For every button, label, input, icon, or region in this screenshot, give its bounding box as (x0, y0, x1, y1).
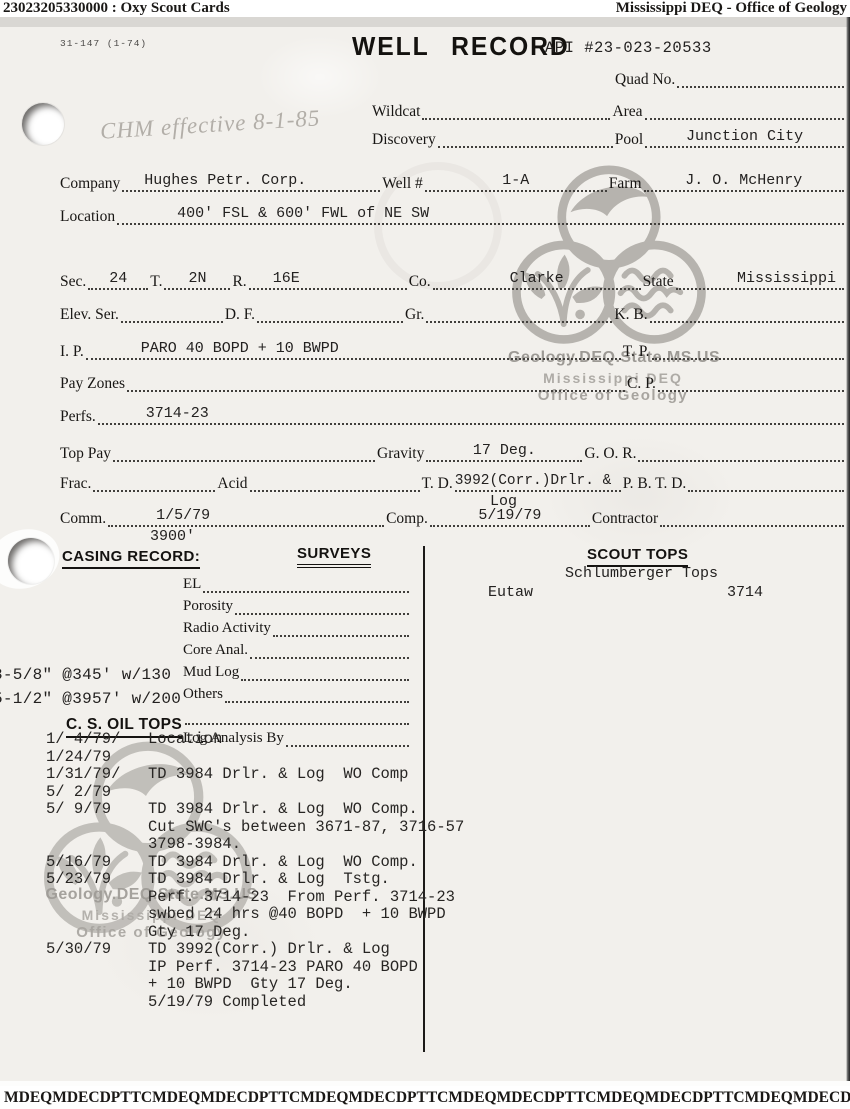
pool-value: Junction City (686, 129, 803, 146)
survey-item: EL (183, 571, 411, 593)
pool-field: Junction City (645, 129, 844, 148)
surveys-heading: SURVEYS (297, 545, 371, 568)
api-number: API #23-023-20533 (545, 39, 712, 57)
survey-field (235, 596, 409, 615)
oil-tops-entry: 1/24/79 (46, 749, 466, 767)
entry-text: TD 3992(Corr.) Drlr. & Log (148, 941, 390, 959)
quad-no-field (677, 69, 844, 88)
oil-tops-entry: 5/19/79 Completed (46, 994, 466, 1012)
oil-tops-entry: Perf. 3714-23 From Perf. 3714-23 (46, 889, 466, 907)
survey-label: Others (183, 686, 223, 703)
survey-item (183, 703, 411, 725)
entry-date (46, 976, 148, 994)
entry-date (46, 924, 148, 942)
scout-top-row: Eutaw 3714 (488, 584, 775, 603)
state-field: Mississippi (676, 271, 844, 290)
entry-date (46, 994, 148, 1012)
survey-item: Core Anal. (183, 637, 411, 659)
farm-field: J. O. McHenry (644, 173, 844, 192)
survey-label: Core Anal. (183, 642, 248, 659)
survey-field (273, 618, 409, 637)
county-label: Co. (409, 273, 431, 290)
entry-date: 1/24/79 (46, 749, 148, 767)
casing-record-heading: CASING RECORD: (62, 548, 200, 569)
entry-date (46, 906, 148, 924)
entry-date: 5/30/79 (46, 941, 148, 959)
wildcat-area-row: Wildcat Area (372, 98, 846, 120)
entry-text: TD 3984 Drlr. & Log Tstg. (148, 871, 390, 889)
well-number-field: 1-A (425, 173, 607, 192)
oil-tops-entry: Cut SWC's between 3671-87, 3716-57 (46, 819, 466, 837)
oil-tops-entry: IP Perf. 3714-23 PARO 40 BOPD (46, 959, 466, 977)
oil-tops-entry: 5/ 9/79 TD 3984 Drlr. & Log WO Comp. (46, 801, 466, 819)
comp-value: 5/19/79 (478, 508, 541, 525)
township-field: 2N (164, 271, 230, 290)
gor-label: G. O. R. (584, 445, 636, 462)
survey-field (185, 706, 409, 725)
survey-item: Radio Activity (183, 615, 411, 637)
punch-hole-top (22, 103, 64, 145)
survey-label: Mud Log (183, 664, 239, 681)
comm-label: Comm. (60, 510, 106, 527)
footer-org-code: MDEQ (448, 1089, 496, 1107)
tp-field (652, 341, 844, 360)
entry-text: Location (148, 731, 222, 749)
comm-depth-value: 3900' (150, 528, 195, 545)
oil-tops-entry: + 10 BWPD Gty 17 Deg. (46, 976, 466, 994)
entry-text: + 10 BWPD Gty 17 Deg. (148, 976, 353, 994)
gor-field (638, 443, 844, 462)
gravity-value: 17 Deg. (473, 443, 536, 460)
oil-tops-entry: swbed 24 hrs @40 BOPD + 10 BWPD (46, 906, 466, 924)
footer-org-code: MDECD (497, 1089, 556, 1107)
footer-org-code: PTTC (111, 1089, 152, 1107)
pay-zones-field (127, 373, 625, 392)
location-row: Location 400' FSL & 600' FWL of NE SW (60, 203, 846, 225)
footer-org-code: MDEQ (300, 1089, 348, 1107)
print-footer: MDEQMDECDPTTCMDEQMDECDPTTCMDEQMDECDPTTCM… (0, 1086, 850, 1109)
oil-tops-entry: 5/ 2/79 (46, 784, 466, 802)
entry-text: TD 3984 Drlr. & Log WO Comp (148, 766, 408, 784)
casing-line: 8-5/8" @345' w/130 (0, 663, 181, 687)
range-value: 16E (249, 271, 300, 288)
entry-date: 5/ 9/79 (46, 801, 148, 819)
oil-tops-log: 1/ 4/79/ Location 1/24/79 1/31/79/ TD 39… (46, 731, 466, 1011)
entry-date: 5/ 2/79 (46, 784, 148, 802)
discovery-pool-row: Discovery Pool Junction City (372, 126, 846, 148)
scout-tops-heading: SCOUT TOPS (587, 546, 688, 567)
company-label: Company (60, 175, 120, 192)
top-pay-row: Top Pay Gravity 17 Deg. G. O. R. (60, 440, 846, 462)
casing-record-lines: 8-5/8" @345' w/1305-1/2" @3957' w/200 (0, 591, 181, 711)
perfs-label: Perfs. (60, 408, 96, 425)
survey-item: Porosity (183, 593, 411, 615)
tp-label: T. P. (623, 343, 650, 360)
entry-date (46, 836, 148, 854)
formation-name: Eutaw (488, 584, 533, 603)
pay-zones-label: Pay Zones (60, 375, 125, 392)
location-label: Location (60, 208, 115, 225)
oil-tops-entry: 5/16/79 TD 3984 Drlr. & Log WO Comp. (46, 854, 466, 872)
scout-tops-table: Eutaw 3714 (488, 584, 775, 603)
ip-label: I. P. (60, 343, 84, 360)
survey-label: Radio Activity (183, 620, 271, 637)
sec-label: Sec. (60, 273, 86, 290)
company-value: Hughes Petr. Corp. (122, 173, 306, 190)
survey-label: Porosity (183, 598, 233, 615)
ip-row: I. P. PARO 40 BOPD + 10 BWPD T. P. (60, 338, 846, 360)
top-pay-field (113, 443, 375, 462)
comp-label: Comp. (386, 510, 428, 527)
entry-text: TD 3984 Drlr. & Log WO Comp. (148, 801, 418, 819)
entry-text: Gty 17 Deg. (148, 924, 250, 942)
survey-field (203, 574, 409, 593)
frac-td-row: Frac. Acid T. D. 3992(Corr.)Drlr. & P. B… (60, 470, 846, 492)
entry-date: 5/16/79 (46, 854, 148, 872)
gravity-field: 17 Deg. (426, 443, 582, 462)
print-header: 23023205330000 : Oxy Scout Cards Mississ… (0, 0, 850, 17)
sec-value: 24 (109, 271, 127, 288)
pbtd-label: P. B. T. D. (623, 475, 687, 492)
footer-org-code: MDECD (645, 1089, 704, 1107)
oil-tops-entry: Gty 17 Deg. (46, 924, 466, 942)
survey-field (225, 684, 409, 703)
scout-tops-subtitle: Schlumberger Tops (565, 565, 718, 582)
well-number-label: Well # (382, 175, 423, 192)
survey-item: Others (183, 681, 411, 703)
location-field: 400' FSL & 600' FWL of NE SW (117, 206, 844, 225)
contractor-field (660, 508, 844, 527)
location-value: 400' FSL & 600' FWL of NE SW (117, 206, 429, 223)
footer-org-code: MDECD (200, 1089, 259, 1107)
formation-depth: 3714 (727, 584, 775, 603)
contractor-label: Contractor (592, 510, 658, 527)
footer-org-code: MDEQ (745, 1089, 793, 1107)
gr-field (426, 304, 612, 323)
section-township-row: Sec. 24 T. 2N R. 16E Co. Clarke State Mi… (60, 268, 846, 290)
entry-date (46, 819, 148, 837)
discovery-label: Discovery (372, 131, 436, 148)
df-label: D. F. (225, 306, 255, 323)
frac-label: Frac. (60, 475, 91, 492)
gr-label: Gr. (405, 306, 424, 323)
company-field: Hughes Petr. Corp. (122, 173, 380, 192)
footer-org-code: PTTC (703, 1089, 744, 1107)
scan-right-edge (846, 17, 850, 1086)
footer-org-code: PTTC (555, 1089, 596, 1107)
entry-text: Cut SWC's between 3671-87, 3716-57 (148, 819, 464, 837)
perfs-value: 3714-23 (98, 406, 209, 423)
frac-field (93, 473, 215, 492)
perfs-row: Perfs. 3714-23 (60, 403, 846, 425)
cp-field (658, 373, 844, 392)
oil-tops-entry: 5/23/79 TD 3984 Drlr. & Log Tstg. (46, 871, 466, 889)
footer-org-code: MDECD (52, 1089, 111, 1107)
comm-value: 1/5/79 (108, 508, 210, 525)
footer-org-code: MDEQ (4, 1089, 52, 1107)
footer-org-code: PTTC (407, 1089, 448, 1107)
surveys-list: EL Porosity Radio Activity Core Anal. Mu… (183, 571, 411, 747)
kb-field (650, 304, 844, 323)
company-row: Company Hughes Petr. Corp. Well # 1-A Fa… (60, 170, 846, 192)
punch-hole-middle (8, 538, 54, 584)
footer-org-code: MDECD (793, 1089, 850, 1107)
footer-org-code: MDEQ (152, 1089, 200, 1107)
entry-date: 5/23/79 (46, 871, 148, 889)
survey-item: Mud Log (183, 659, 411, 681)
entry-date (46, 959, 148, 977)
wildcat-field (422, 101, 610, 120)
township-label: T. (150, 273, 162, 290)
oil-tops-entry: 1/ 4/79/ Location (46, 731, 466, 749)
kb-label: K. B. (614, 306, 647, 323)
footer-org-code: PTTC (259, 1089, 300, 1107)
wildcat-label: Wildcat (372, 103, 420, 120)
elevation-row: Elev. Ser. D. F. Gr. K. B. (60, 301, 846, 323)
acid-label: Acid (217, 475, 247, 492)
well-number-value: 1-A (502, 173, 529, 190)
sec-field: 24 (88, 271, 148, 290)
comm-comp-row: Comm. 1/5/79 Comp. 5/19/79 Contractor (60, 505, 846, 527)
entry-text: TD 3984 Drlr. & Log WO Comp. (148, 854, 418, 872)
ip-value: PARO 40 BOPD + 10 BWPD (86, 341, 339, 358)
quad-no-row: Quad No. (615, 66, 846, 88)
elev-ser-field (121, 304, 223, 323)
pool-label: Pool (615, 131, 643, 148)
area-field (645, 101, 844, 120)
top-pay-label: Top Pay (60, 445, 111, 462)
entry-date: 1/ 4/79/ (46, 731, 148, 749)
footer-org-code: MDECD (348, 1089, 407, 1107)
township-value: 2N (188, 271, 206, 288)
ip-field: PARO 40 BOPD + 10 BWPD (86, 341, 621, 360)
quad-no-label: Quad No. (615, 71, 675, 88)
comm-field: 1/5/79 (108, 508, 384, 527)
document-id: 23023205330000 : Oxy Scout Cards (3, 0, 230, 16)
survey-label: EL (183, 576, 201, 593)
pbtd-field (688, 473, 844, 492)
entry-text: 3798-3984. (148, 836, 241, 854)
survey-field (250, 640, 409, 659)
agency-title: Mississippi DEQ - Office of Geology (616, 0, 847, 16)
casing-line: 5-1/2" @3957' w/200 (0, 687, 181, 711)
area-label: Area (612, 103, 642, 120)
td-value-line1: 3992(Corr.)Drlr. & (455, 473, 612, 490)
entry-text: Perf. 3714-23 From Perf. 3714-23 (148, 889, 455, 907)
df-field (257, 304, 403, 323)
footer-org-code: MDEQ (597, 1089, 645, 1107)
range-field: 16E (249, 271, 407, 290)
farm-value: J. O. McHenry (685, 173, 802, 190)
discovery-field (438, 129, 613, 148)
range-label: R. (232, 273, 246, 290)
well-record-scan-page: 23023205330000 : Oxy Scout Cards Mississ… (0, 0, 850, 1109)
form-number: 31-147 (1-74) (60, 38, 147, 49)
entry-date (46, 889, 148, 907)
state-value: Mississippi (737, 271, 844, 288)
acid-field (250, 473, 420, 492)
perfs-field: 3714-23 (98, 406, 844, 425)
scan-top-band (0, 17, 850, 27)
entry-date: 1/31/79/ (46, 766, 148, 784)
entry-text: swbed 24 hrs @40 BOPD + 10 BWPD (148, 906, 446, 924)
page-title: WELL RECORD (352, 31, 570, 62)
td-field: 3992(Corr.)Drlr. & (455, 473, 621, 492)
entry-text: IP Perf. 3714-23 PARO 40 BOPD (148, 959, 418, 977)
td-label: T. D. (422, 475, 453, 492)
farm-label: Farm (609, 175, 642, 192)
county-value: Clarke (510, 271, 564, 288)
entry-text: 5/19/79 Completed (148, 994, 306, 1012)
county-field: Clarke (433, 271, 641, 290)
oil-tops-entry: 3798-3984. (46, 836, 466, 854)
comp-field: 5/19/79 (430, 508, 590, 527)
gravity-label: Gravity (377, 445, 424, 462)
cp-label: C. P. (627, 375, 656, 392)
survey-field (241, 662, 409, 681)
oil-tops-entry: 5/30/79 TD 3992(Corr.) Drlr. & Log (46, 941, 466, 959)
oil-tops-entry: 1/31/79/ TD 3984 Drlr. & Log WO Comp (46, 766, 466, 784)
elev-ser-label: Elev. Ser. (60, 306, 119, 323)
state-label: State (643, 273, 674, 290)
pay-zones-row: Pay Zones C. P. (60, 370, 846, 392)
